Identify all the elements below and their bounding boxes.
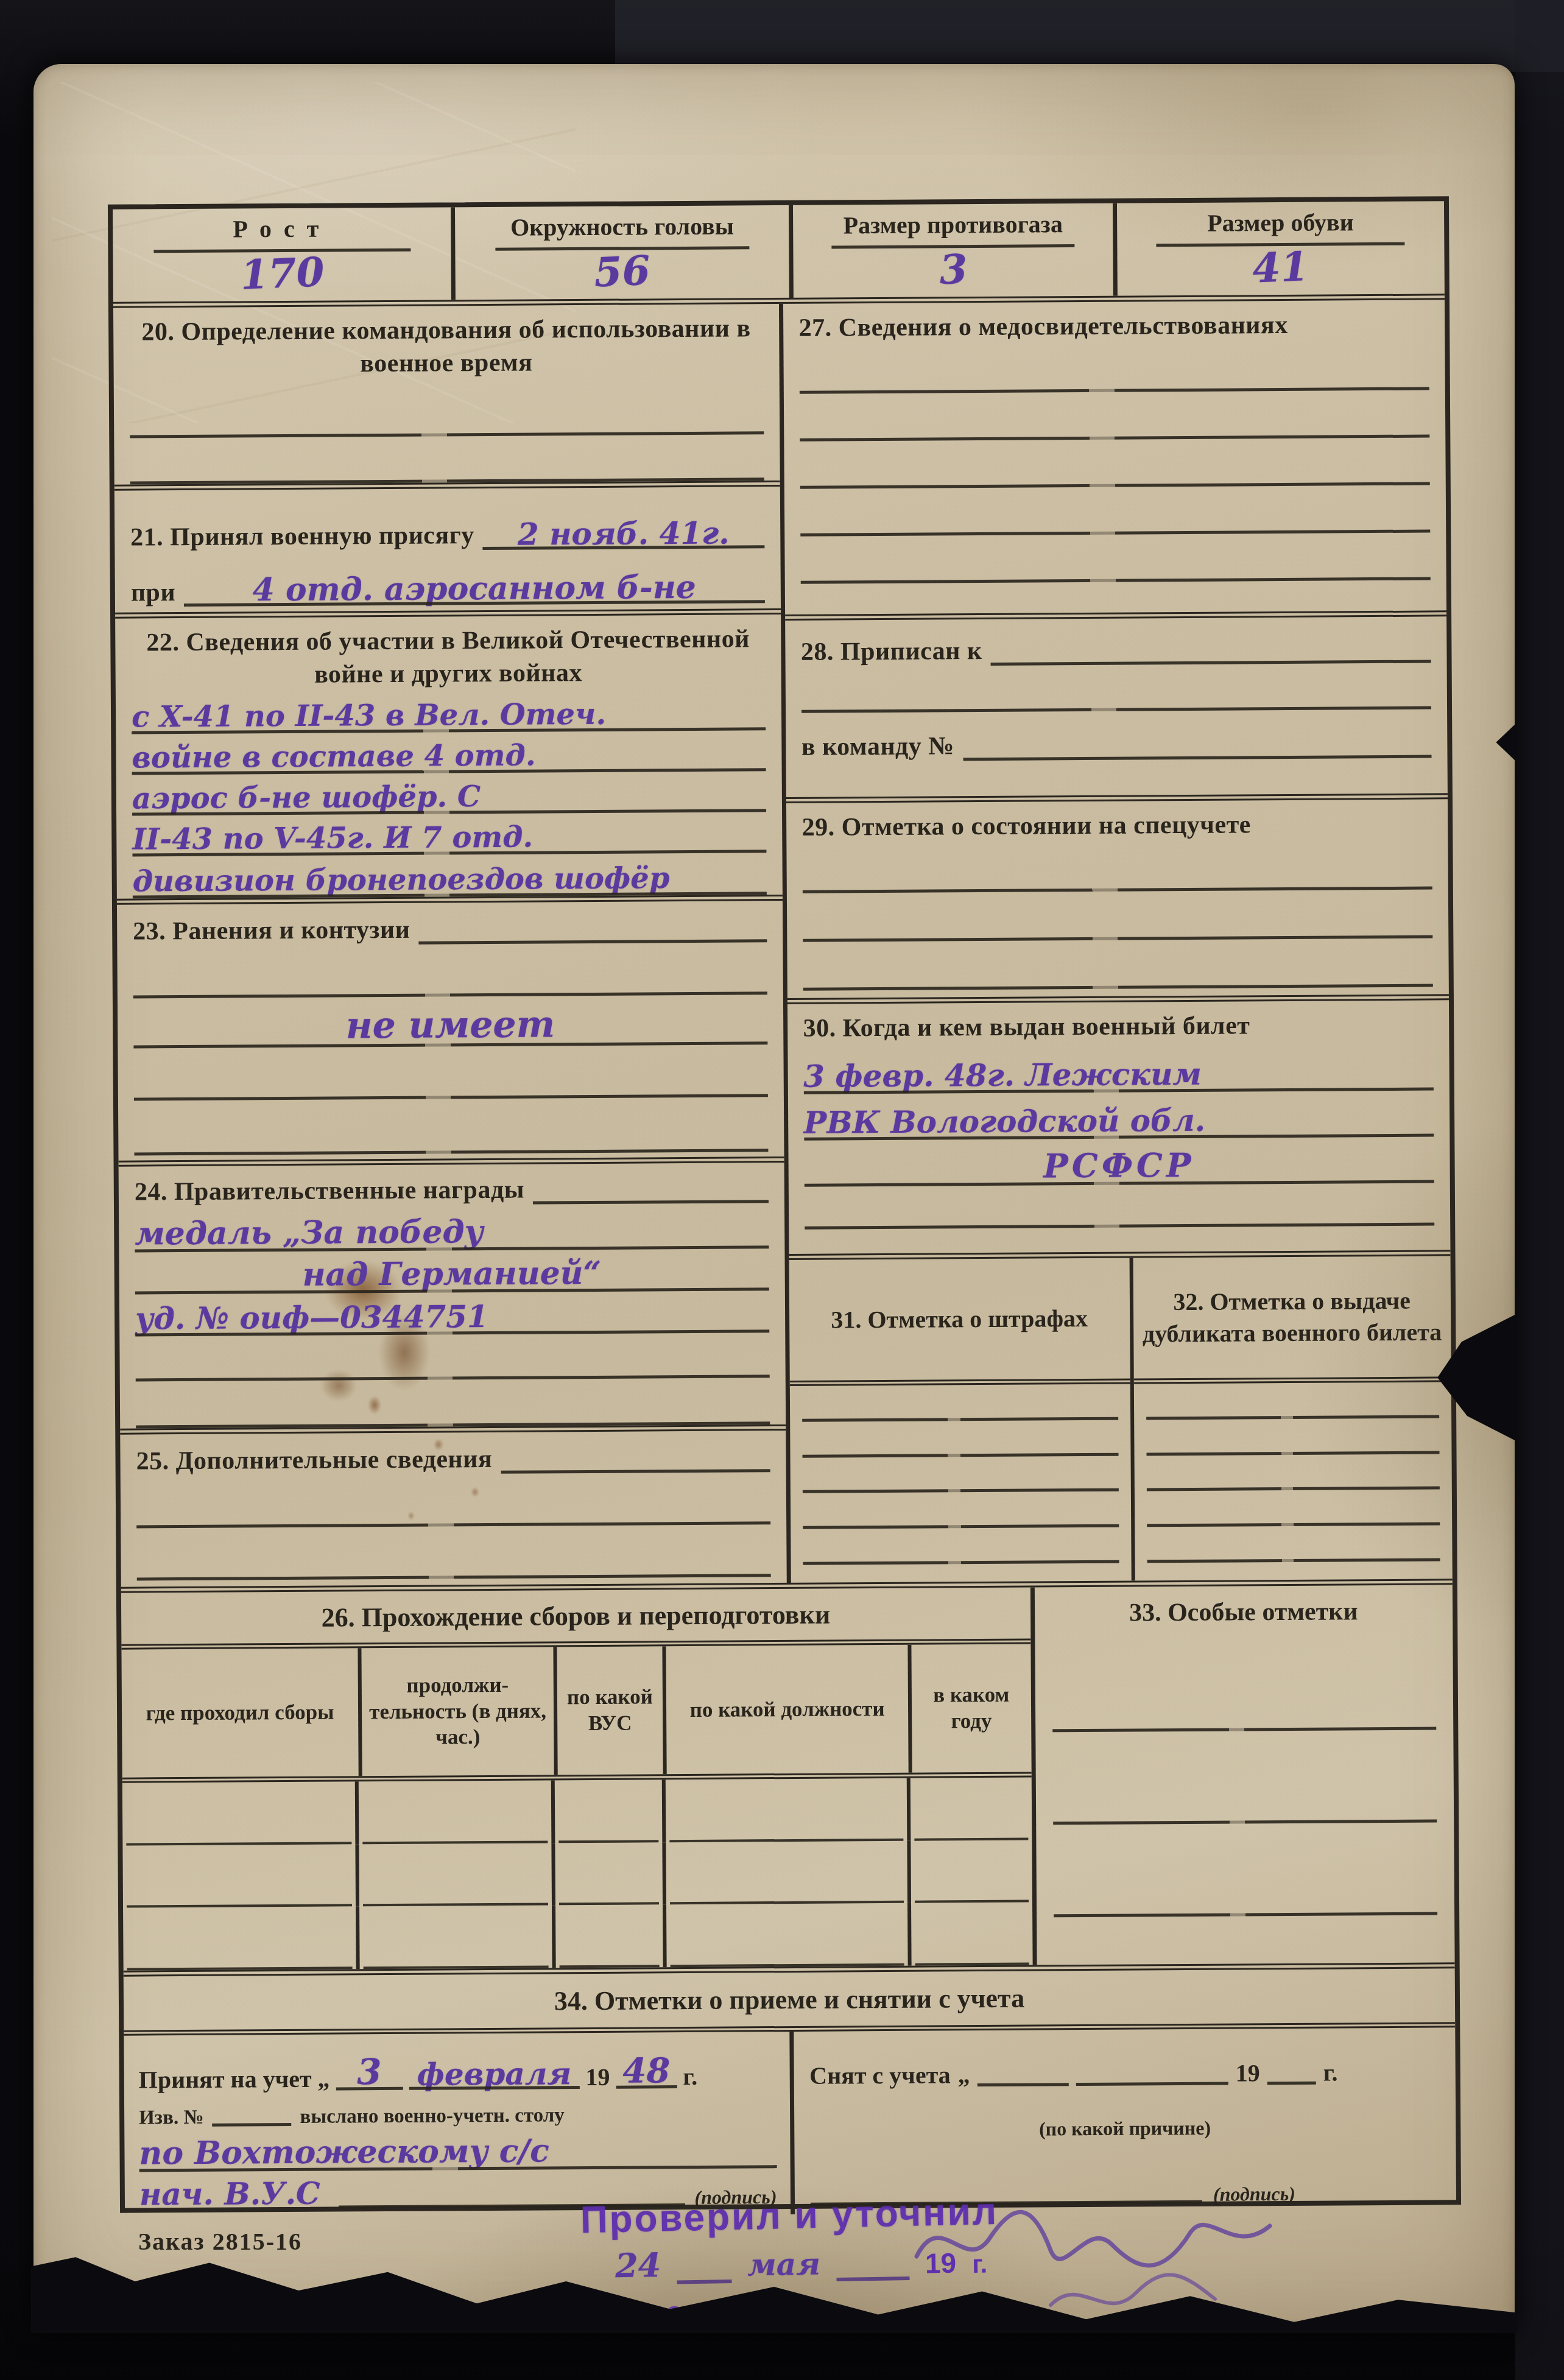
section-32: 32. Отметка о вы­даче дубликата военного…: [1133, 1256, 1453, 1580]
head-circumference-label: Окружность головы: [510, 211, 734, 241]
awards-handwriting: медаль „За победу: [135, 1213, 484, 1252]
ruled-line: [1146, 1471, 1440, 1491]
accepted-label: Принят на учет: [139, 2065, 312, 2094]
issue-info-handwriting: РВК Вологодской обл.: [804, 1102, 1206, 1141]
head-circumference-value: 56: [593, 247, 651, 297]
document-paper: Рост 170 Окружность головы 56 Размер про…: [33, 64, 1515, 2331]
ruled-line: не имеет: [133, 995, 767, 1048]
ruled-line: с X-41 по II-43 в Вел. Отеч.: [132, 689, 766, 734]
table-row: [122, 1840, 1032, 1908]
ruled-line: [803, 938, 1433, 990]
ruled-line: II-43 по V-45г. И 7 отд.: [132, 812, 766, 856]
ruled-line: [799, 390, 1429, 441]
section-28: 28. Приписан к в команду №: [785, 616, 1448, 803]
section-26-empty-rows: [122, 1778, 1032, 1971]
scanner-background-edge: [1515, 0, 1564, 2380]
ruled-line: РСФСР: [804, 1136, 1434, 1186]
war-service-handwriting: с X-41 по II-43 в Вел. Отеч.: [132, 697, 606, 734]
ruled-line: [136, 1378, 770, 1429]
column-header: по какой ВУС: [553, 1646, 663, 1775]
section-32-title: 32. Отметка о вы­даче дубликата военного…: [1133, 1256, 1451, 1384]
section-23: 23. Ранения и контузии не имеет: [117, 901, 784, 1167]
section-26-title: 26. Прохождение сборов и переподготовки: [121, 1588, 1030, 1644]
section-29: 29. Отметка о состоянии на спецучете: [786, 799, 1449, 1004]
war-service-handwriting: аэрос б-не шофёр. С: [132, 780, 481, 815]
column-header: в каком году: [907, 1644, 1031, 1773]
shoe-size-cell: Размер обуви 41: [1113, 201, 1445, 295]
removed-label: Снят с учета: [809, 2060, 951, 2090]
ruled-line: [802, 889, 1432, 942]
ruled-line: [802, 840, 1432, 893]
table-row: [123, 1903, 1032, 1971]
issue-info-handwriting: 3 февр. 48г. Лежским: [803, 1056, 1202, 1094]
height-value: 170: [239, 248, 325, 299]
shoe-size-value: 41: [1252, 242, 1309, 292]
section-27: 27. Сведения о медосвидетельствованиях: [783, 300, 1447, 621]
ruled-line: [802, 1401, 1118, 1421]
band-26-33: 26. Прохождение сборов и переподготовки …: [121, 1579, 1455, 1976]
ruled-line: [533, 1171, 769, 1206]
head-circumference-cell: Окружность головы 56: [451, 205, 789, 300]
ruled-line: [130, 434, 764, 484]
measurements-row: Рост 170 Окружность головы 56 Размер про…: [113, 201, 1445, 308]
paper-tear-nick: [1491, 723, 1516, 762]
ruled-line: [804, 1183, 1434, 1229]
section-20-title: 20. Определение командования об исполь­з…: [129, 312, 763, 382]
war-service-handwriting: дивизион бронепоездов шофёр: [133, 861, 670, 898]
accepted-month-handwriting: февраля: [417, 2055, 572, 2093]
ruled-line: [1147, 1507, 1440, 1527]
section-30: 30. Когда и кем выдан военный билет 3 фе…: [787, 1000, 1451, 1260]
awards-handwriting: над Германией“: [302, 1255, 601, 1294]
ruled-line: [800, 485, 1430, 536]
left-column: 20. Определение командования об исполь­з…: [113, 304, 791, 1587]
sections-31-32: 31. Отметка о штрафах 32. Отметка о вы­д…: [789, 1256, 1453, 1583]
reason-caption: (по какой причине): [810, 2115, 1440, 2141]
section-23-label: 23. Ранения и контузии: [133, 914, 410, 949]
izv-label2: выслано военно-учетн. столу: [300, 2104, 564, 2128]
year-suffix: г.: [1323, 2058, 1338, 2086]
height-cell: Рост 170: [113, 207, 451, 301]
ruled-line: [1053, 1822, 1437, 1917]
ruled-line: [1147, 1543, 1440, 1563]
ruled-line: [799, 341, 1429, 393]
verified-day: 24: [615, 2245, 661, 2285]
accepted-year-handwriting: 48: [622, 2051, 670, 2091]
section-20: 20. Определение командования об исполь­з…: [113, 304, 780, 491]
ruled-line: [803, 1509, 1119, 1529]
ruled-line: [134, 1097, 768, 1155]
ruled-line: [1052, 1637, 1436, 1732]
award-certificate-handwriting: уд. № оиф—0344751: [135, 1298, 488, 1337]
gas-mask-size-label: Размер противогаза: [843, 209, 1062, 239]
year-prefix: 19: [585, 2063, 610, 2091]
war-service-handwriting: II-43 по V-45г. И 7 отд.: [132, 820, 533, 857]
section-28-label: 28. Приписан к: [801, 635, 982, 669]
section-28-label2: в команду №: [801, 731, 954, 764]
section-29-title: 29. Отметка о состоянии на спецучете: [802, 808, 1432, 844]
column-header: продолжи­тельность (в днях, час.): [358, 1647, 554, 1776]
ruled-line: медаль „За победу: [135, 1205, 769, 1252]
ruled-line: [801, 665, 1431, 713]
section-21-label2: при: [131, 577, 176, 610]
form-table: Рост 170 Окружность головы 56 Размер про…: [108, 196, 1461, 2213]
ruled-line: [418, 909, 767, 946]
column-header: по какой должности: [663, 1645, 909, 1774]
print-order-number: Заказ 2815-16: [138, 2227, 302, 2256]
ruled-line: [135, 1333, 769, 1382]
izv-label: Изв. №: [139, 2107, 204, 2130]
oath-unit-handwriting: 4 отд. аэросанном б-не: [252, 569, 696, 608]
issue-info-handwriting: РСФСР: [1043, 1146, 1195, 1186]
ruled-line: [133, 1044, 767, 1100]
scanner-background-band: [615, 0, 1564, 72]
section-34-title: 34. Отметки о приеме и снятии с учета: [124, 1968, 1456, 2035]
section-31: 31. Отметка о штрафах: [789, 1258, 1135, 1583]
section-25: 25. Дополнительные сведения: [120, 1431, 786, 1587]
gas-mask-size-value: 3: [939, 245, 968, 294]
scanned-military-id-page: Рост 170 Окружность головы 56 Размер про…: [0, 0, 1564, 2380]
ruled-line: [130, 388, 764, 438]
section-31-title: 31. Отметка о штрафах: [789, 1258, 1130, 1386]
ruled-line: [501, 1439, 770, 1476]
ruled-line: 3 февр. 48г. Лежским: [803, 1041, 1434, 1094]
table-row: [122, 1778, 1032, 1846]
ruled-line: [963, 709, 1432, 763]
ruled-line: [1146, 1399, 1439, 1420]
ruled-line: [802, 1473, 1118, 1493]
ruled-line: [133, 945, 767, 998]
section-26-column-headers: где проходил сборы продолжи­тельность (в…: [121, 1639, 1031, 1783]
section-26: 26. Прохождение сборов и переподготовки …: [121, 1588, 1037, 1971]
main-columns: 20. Определение командования об исполь­з…: [113, 300, 1453, 1586]
shoe-size-label: Размер обуви: [1207, 208, 1354, 237]
section-27-title: 27. Сведения о медосвидетельствованиях: [799, 309, 1429, 345]
ruled-line: [1052, 1730, 1437, 1825]
oath-date-handwriting: 2 нояб. 41г.: [518, 515, 730, 552]
section-24: 24. Правительственные награды медаль „За…: [119, 1163, 786, 1435]
right-column: 27. Сведения о медосвидетельствованиях 2…: [783, 300, 1453, 1583]
section-22: 22. Сведения об участии в Великой Оте­че…: [115, 614, 782, 905]
open-quote: „: [317, 2065, 329, 2093]
ruled-line: войне в составе 4 отд.: [132, 731, 766, 775]
ruled-line: дивизион бронепоездов шофёр: [132, 853, 766, 898]
registration-accepted-cell: Принят на учет „ 3 февраля 19 48 г. Изв.…: [124, 2032, 794, 2219]
ruled-line: [136, 1524, 770, 1580]
ruled-line: [990, 625, 1431, 667]
ruled-line: [800, 532, 1431, 583]
year-prefix: 19: [1236, 2058, 1260, 2087]
ruled-line: уд. № оиф—0344751: [135, 1290, 769, 1336]
verified-month: мая: [747, 2245, 821, 2283]
section-32-lines: [1146, 1382, 1440, 1580]
section-34: 34. Отметки о приеме и снятии с учета Пр…: [124, 1968, 1456, 2218]
column-header: где проходил сборы: [121, 1648, 358, 1777]
ruled-line: по Вохтожескому с/с: [139, 2125, 777, 2172]
ruled-line: аэрос б-не шофёр. С: [132, 771, 766, 815]
ruled-line: [800, 437, 1430, 488]
open-quote: „: [958, 2060, 970, 2089]
accepted-day-handwriting: 3: [357, 2051, 382, 2093]
ruled-line: [802, 1437, 1118, 1457]
section-31-lines: [801, 1384, 1119, 1583]
section-24-label: 24. Правительственные награды: [135, 1174, 524, 1209]
gas-mask-size-cell: Размер противогаза 3: [789, 203, 1113, 298]
ruled-line: над Германией“: [135, 1248, 769, 1294]
war-service-handwriting: войне в составе 4 отд.: [132, 739, 535, 775]
wounds-handwriting: не имеет: [346, 1003, 555, 1047]
signer-handwriting: нач. В.У.С: [139, 2175, 320, 2213]
ruled-line: [803, 1545, 1119, 1565]
section-22-title: 22. Сведения об участии в Великой Оте­че…: [131, 623, 765, 692]
height-label: Рост: [233, 214, 331, 244]
ruled-line: РВК Вологодской обл.: [803, 1090, 1434, 1140]
year-suffix: г.: [683, 2062, 697, 2091]
izv-destination-handwriting: по Вохтожескому с/с: [139, 2132, 549, 2172]
section-30-title: 30. Когда и кем выдан военный билет: [803, 1009, 1434, 1045]
ruled-line: [1146, 1435, 1440, 1456]
ruled-line: [136, 1474, 770, 1528]
section-25-label: 25. Дополнительные сведения: [136, 1443, 492, 1478]
section-21: 21. Принял военную присягу 2 нояб. 41г. …: [114, 487, 781, 619]
section-33: 33. Особые отметки: [1034, 1585, 1454, 1965]
section-33-title: 33. Особые отметки: [1051, 1585, 1435, 1639]
section-21-label: 21. Принял военную присягу: [130, 519, 474, 554]
